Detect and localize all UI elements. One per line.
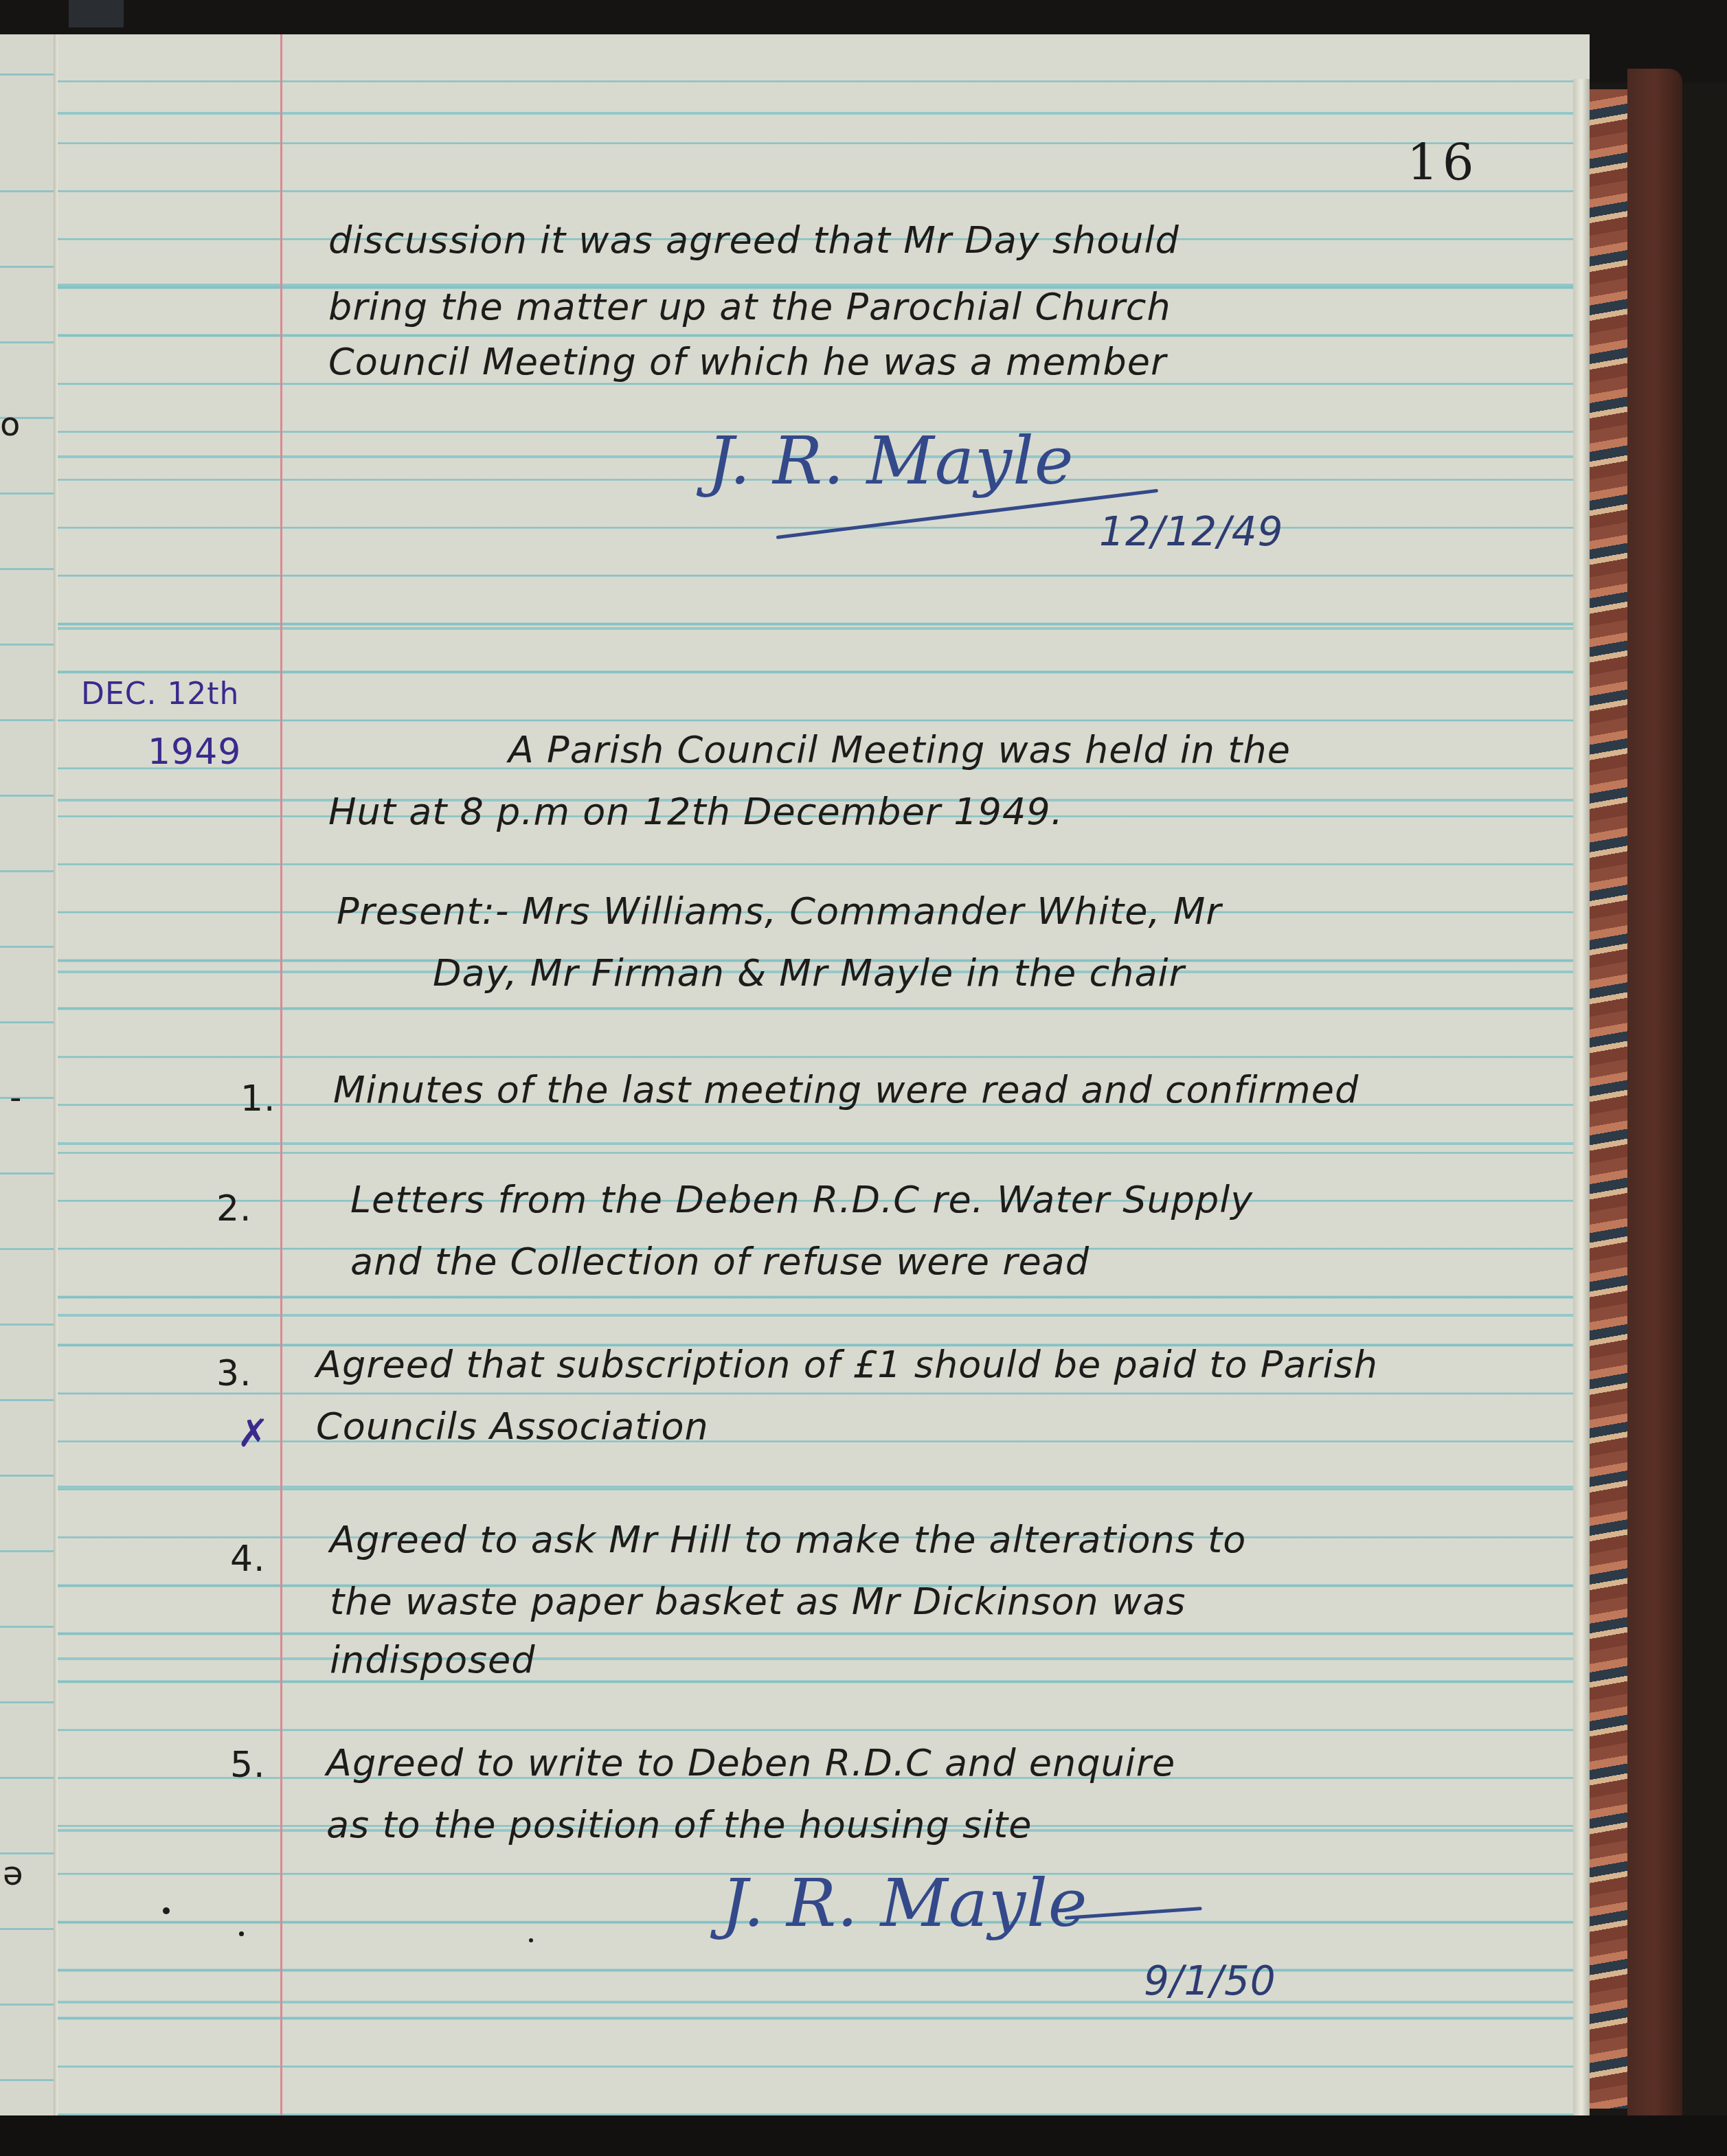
left-page-fragment: o bbox=[0, 405, 20, 444]
binding-strip bbox=[69, 0, 124, 27]
signature-date: 12/12/49 bbox=[1099, 508, 1284, 555]
item-number: 4. bbox=[230, 1539, 266, 1580]
item-text: Agreed to write to Deben R.D.C and enqui… bbox=[326, 1741, 1175, 1784]
background-bottom bbox=[0, 2115, 1727, 2156]
meeting-intro: A Parish Council Meeting was held in the bbox=[508, 728, 1291, 771]
item-text: and the Collection of refuse were read bbox=[350, 1240, 1090, 1283]
margin-rule bbox=[280, 34, 282, 2115]
margin-year: 1949 bbox=[148, 731, 241, 773]
item-text: indisposed bbox=[330, 1638, 536, 1681]
attendees-line: Day, Mr Firman & Mr Mayle in the chair bbox=[433, 951, 1185, 995]
item-number: 5. bbox=[230, 1745, 266, 1786]
page-fold bbox=[54, 34, 58, 2115]
continuation-line: discussion it was agreed that Mr Day sho… bbox=[328, 218, 1179, 262]
item-number: 3. bbox=[216, 1353, 252, 1394]
signature-date: 9/1/50 bbox=[1144, 1958, 1276, 2004]
ink-spot bbox=[529, 1938, 533, 1942]
meeting-intro: Hut at 8 p.m on 12th December 1949. bbox=[328, 790, 1063, 833]
page-stack-edge bbox=[1573, 79, 1590, 2115]
left-page-edge bbox=[0, 34, 56, 2115]
item-text: the waste paper basket as Mr Dickinson w… bbox=[330, 1580, 1186, 1623]
ink-spot bbox=[163, 1907, 170, 1914]
page-number: 16 bbox=[1407, 134, 1478, 192]
continuation-line: Council Meeting of which he was a member bbox=[328, 340, 1166, 383]
item-text: Agreed to ask Mr Hill to make the altera… bbox=[330, 1518, 1246, 1561]
item-number: 1. bbox=[240, 1078, 276, 1120]
ink-spot bbox=[239, 1931, 244, 1936]
item-text: Councils Association bbox=[316, 1405, 709, 1448]
item-text: Letters from the Deben R.D.C re. Water S… bbox=[350, 1178, 1253, 1221]
item-text: as to the position of the housing site bbox=[326, 1803, 1032, 1846]
left-page-fragment: - bbox=[10, 1078, 21, 1117]
margin-check-mark: ✗ bbox=[237, 1411, 270, 1456]
continuation-line: bring the matter up at the Parochial Chu… bbox=[328, 285, 1171, 328]
signature: J. R. Mayle bbox=[708, 422, 1074, 499]
item-text: Agreed that subscription of £1 should be… bbox=[316, 1343, 1378, 1386]
leather-cover bbox=[1627, 69, 1682, 2129]
signature: J. R. Mayle bbox=[721, 1865, 1088, 1942]
margin-date: DEC. 12th bbox=[81, 677, 240, 712]
attendees-line: Present:- Mrs Williams, Commander White,… bbox=[337, 889, 1222, 933]
marbled-edge bbox=[1590, 89, 1627, 2109]
item-text: Minutes of the last meeting were read an… bbox=[333, 1068, 1359, 1111]
item-number: 2. bbox=[216, 1188, 252, 1229]
left-page-fragment: ə bbox=[3, 1854, 23, 1893]
